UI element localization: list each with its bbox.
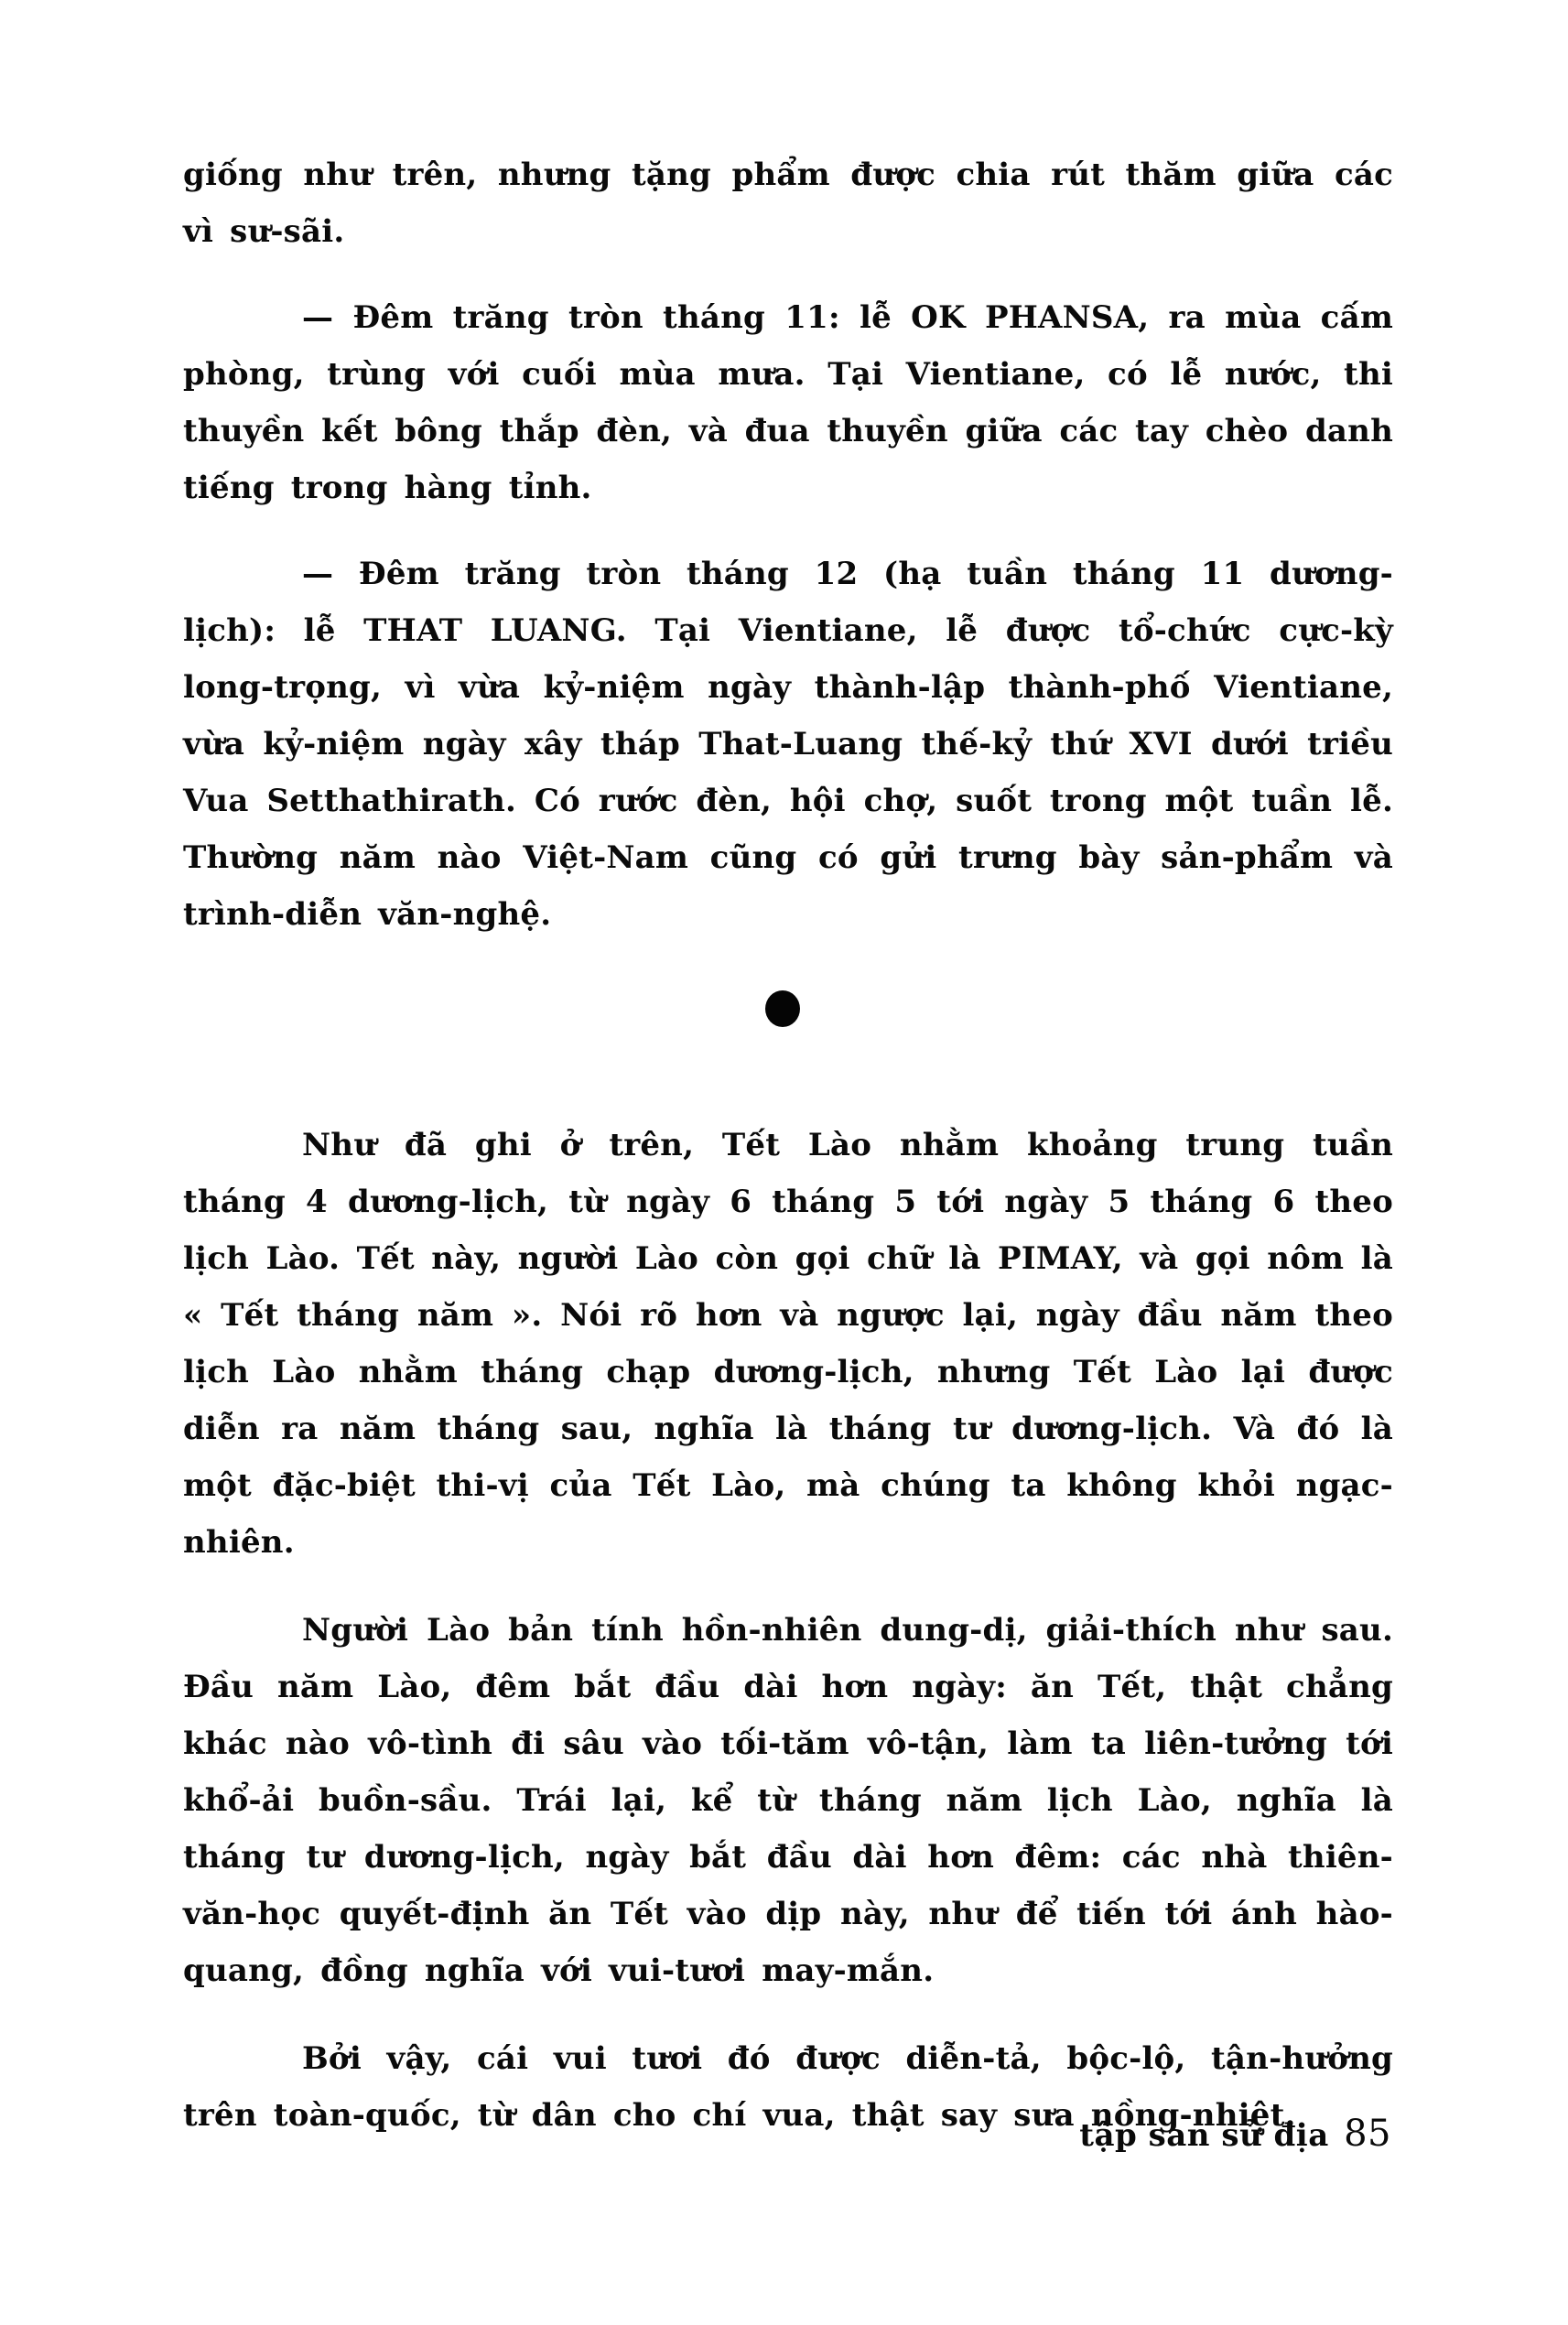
paragraph-explanation: Người Lào bản tính hồn-nhiên dung-dị, gi… <box>183 1602 1393 1999</box>
publication-title: tập san sử địa <box>1079 2117 1329 2154</box>
paragraph-spacer <box>183 260 1393 289</box>
paragraph-spacer <box>183 516 1393 546</box>
section-divider <box>183 943 1393 1117</box>
page-footer: tập san sử địa 85 <box>1079 2113 1391 2155</box>
document-page: giống như trên, nhưng tặng phẩm được chi… <box>183 146 1393 2144</box>
bullet-dot-icon <box>765 990 800 1027</box>
paragraph-continuation: giống như trên, nhưng tặng phẩm được chi… <box>183 146 1393 260</box>
paragraph-ok-phansa: — Đêm trăng tròn tháng 11: lễ OK PHANSA,… <box>183 289 1393 516</box>
paragraph-that-luang: — Đêm trăng tròn tháng 12 (hạ tuần tháng… <box>183 546 1393 943</box>
paragraph-spacer <box>183 1571 1393 1602</box>
paragraph-tet-lao-intro: Như đã ghi ở trên, Tết Lào nhằm khoảng t… <box>183 1117 1393 1571</box>
paragraph-spacer <box>183 1999 1393 2030</box>
page-number: 85 <box>1344 2113 1391 2155</box>
